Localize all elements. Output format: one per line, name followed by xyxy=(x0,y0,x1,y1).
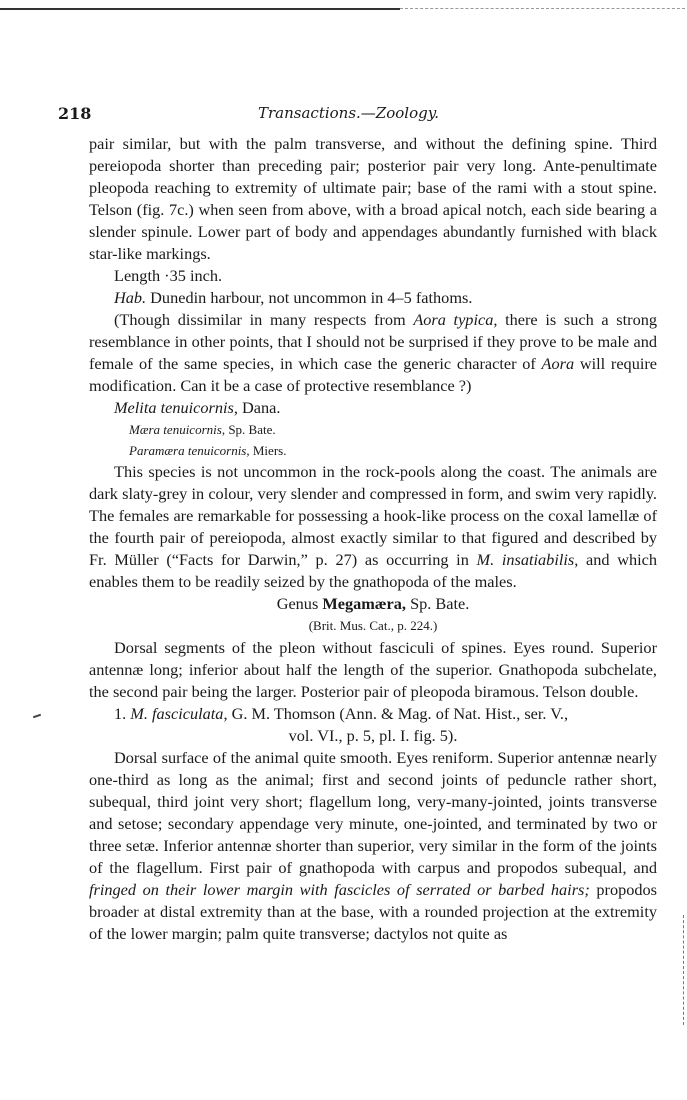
running-header: 218 Transactions.—Zoology. xyxy=(58,104,658,128)
species-paragraph: This species is not uncommon in the rock… xyxy=(89,461,657,593)
species-entry-heading: 1. M. fasciculata, G. M. Thomson (Ann. &… xyxy=(89,703,657,725)
note-taxon-1: Aora typica, xyxy=(413,310,497,329)
species-text-taxon: M. insatiabilis xyxy=(477,550,575,569)
margin-mark xyxy=(33,714,41,719)
synonym-author-2: , Miers. xyxy=(246,443,286,458)
note-paragraph: (Though dissimilar in many respects from… xyxy=(89,309,657,397)
genus-diagnosis: Dorsal segments of the pleon without fas… xyxy=(89,637,657,703)
species-heading: Melita tenuicornis, Dana. xyxy=(89,397,657,419)
species-number: 1. xyxy=(114,704,130,723)
genus-heading: Genus Megamæra, Sp. Bate. xyxy=(89,593,657,615)
page-number: 218 xyxy=(58,104,91,123)
genus-name: Megamæra, xyxy=(322,594,406,613)
scan-top-border xyxy=(0,8,400,10)
length-line: Length ·35 inch. xyxy=(89,265,657,287)
note-taxon-2: Aora xyxy=(542,354,575,373)
species-entry-name: M. fasciculata xyxy=(130,704,223,723)
scan-top-border-faint xyxy=(400,8,687,10)
habitat-line: Hab. Dunedin harbour, not uncommon in 4–… xyxy=(89,287,657,309)
hab-text: Dunedin harbour, not uncommon in 4–5 fat… xyxy=(146,288,472,307)
genus-prefix: Genus xyxy=(277,594,323,613)
species-name: Melita tenuicornis xyxy=(114,398,234,417)
scan-edge-artifact xyxy=(683,915,686,1025)
paragraph-description-end: pair similar, but with the palm transver… xyxy=(89,133,657,265)
synonym-name-1: Mæra tenuicornis xyxy=(129,422,222,437)
hab-label: Hab. xyxy=(114,288,146,307)
synonym-line-2: Paramæra tenuicornis, Miers. xyxy=(89,440,657,461)
description-text-a: Dorsal surface of the animal quite smoot… xyxy=(89,748,657,877)
note-text-a: (Though dissimilar in many respects from xyxy=(114,310,413,329)
genus-reference: (Brit. Mus. Cat., p. 224.) xyxy=(89,615,657,637)
species-author: , Dana. xyxy=(234,398,281,417)
running-title: Transactions.—Zoology. xyxy=(258,104,439,122)
synonym-line-1: Mæra tenuicornis, Sp. Bate. xyxy=(89,419,657,440)
description-italic: fringed on their lower margin with fasci… xyxy=(89,880,590,899)
genus-author: Sp. Bate. xyxy=(406,594,469,613)
synonym-author-1: , Sp. Bate. xyxy=(222,422,276,437)
species-description: Dorsal surface of the animal quite smoot… xyxy=(89,747,657,945)
synonym-name-2: Paramæra tenuicornis xyxy=(129,443,246,458)
species-reference-1: , G. M. Thomson (Ann. & Mag. of Nat. His… xyxy=(223,704,568,723)
species-reference-2: vol. VI., p. 5, pl. I. fig. 5). xyxy=(89,725,657,747)
page-body: pair similar, but with the palm transver… xyxy=(89,133,657,945)
